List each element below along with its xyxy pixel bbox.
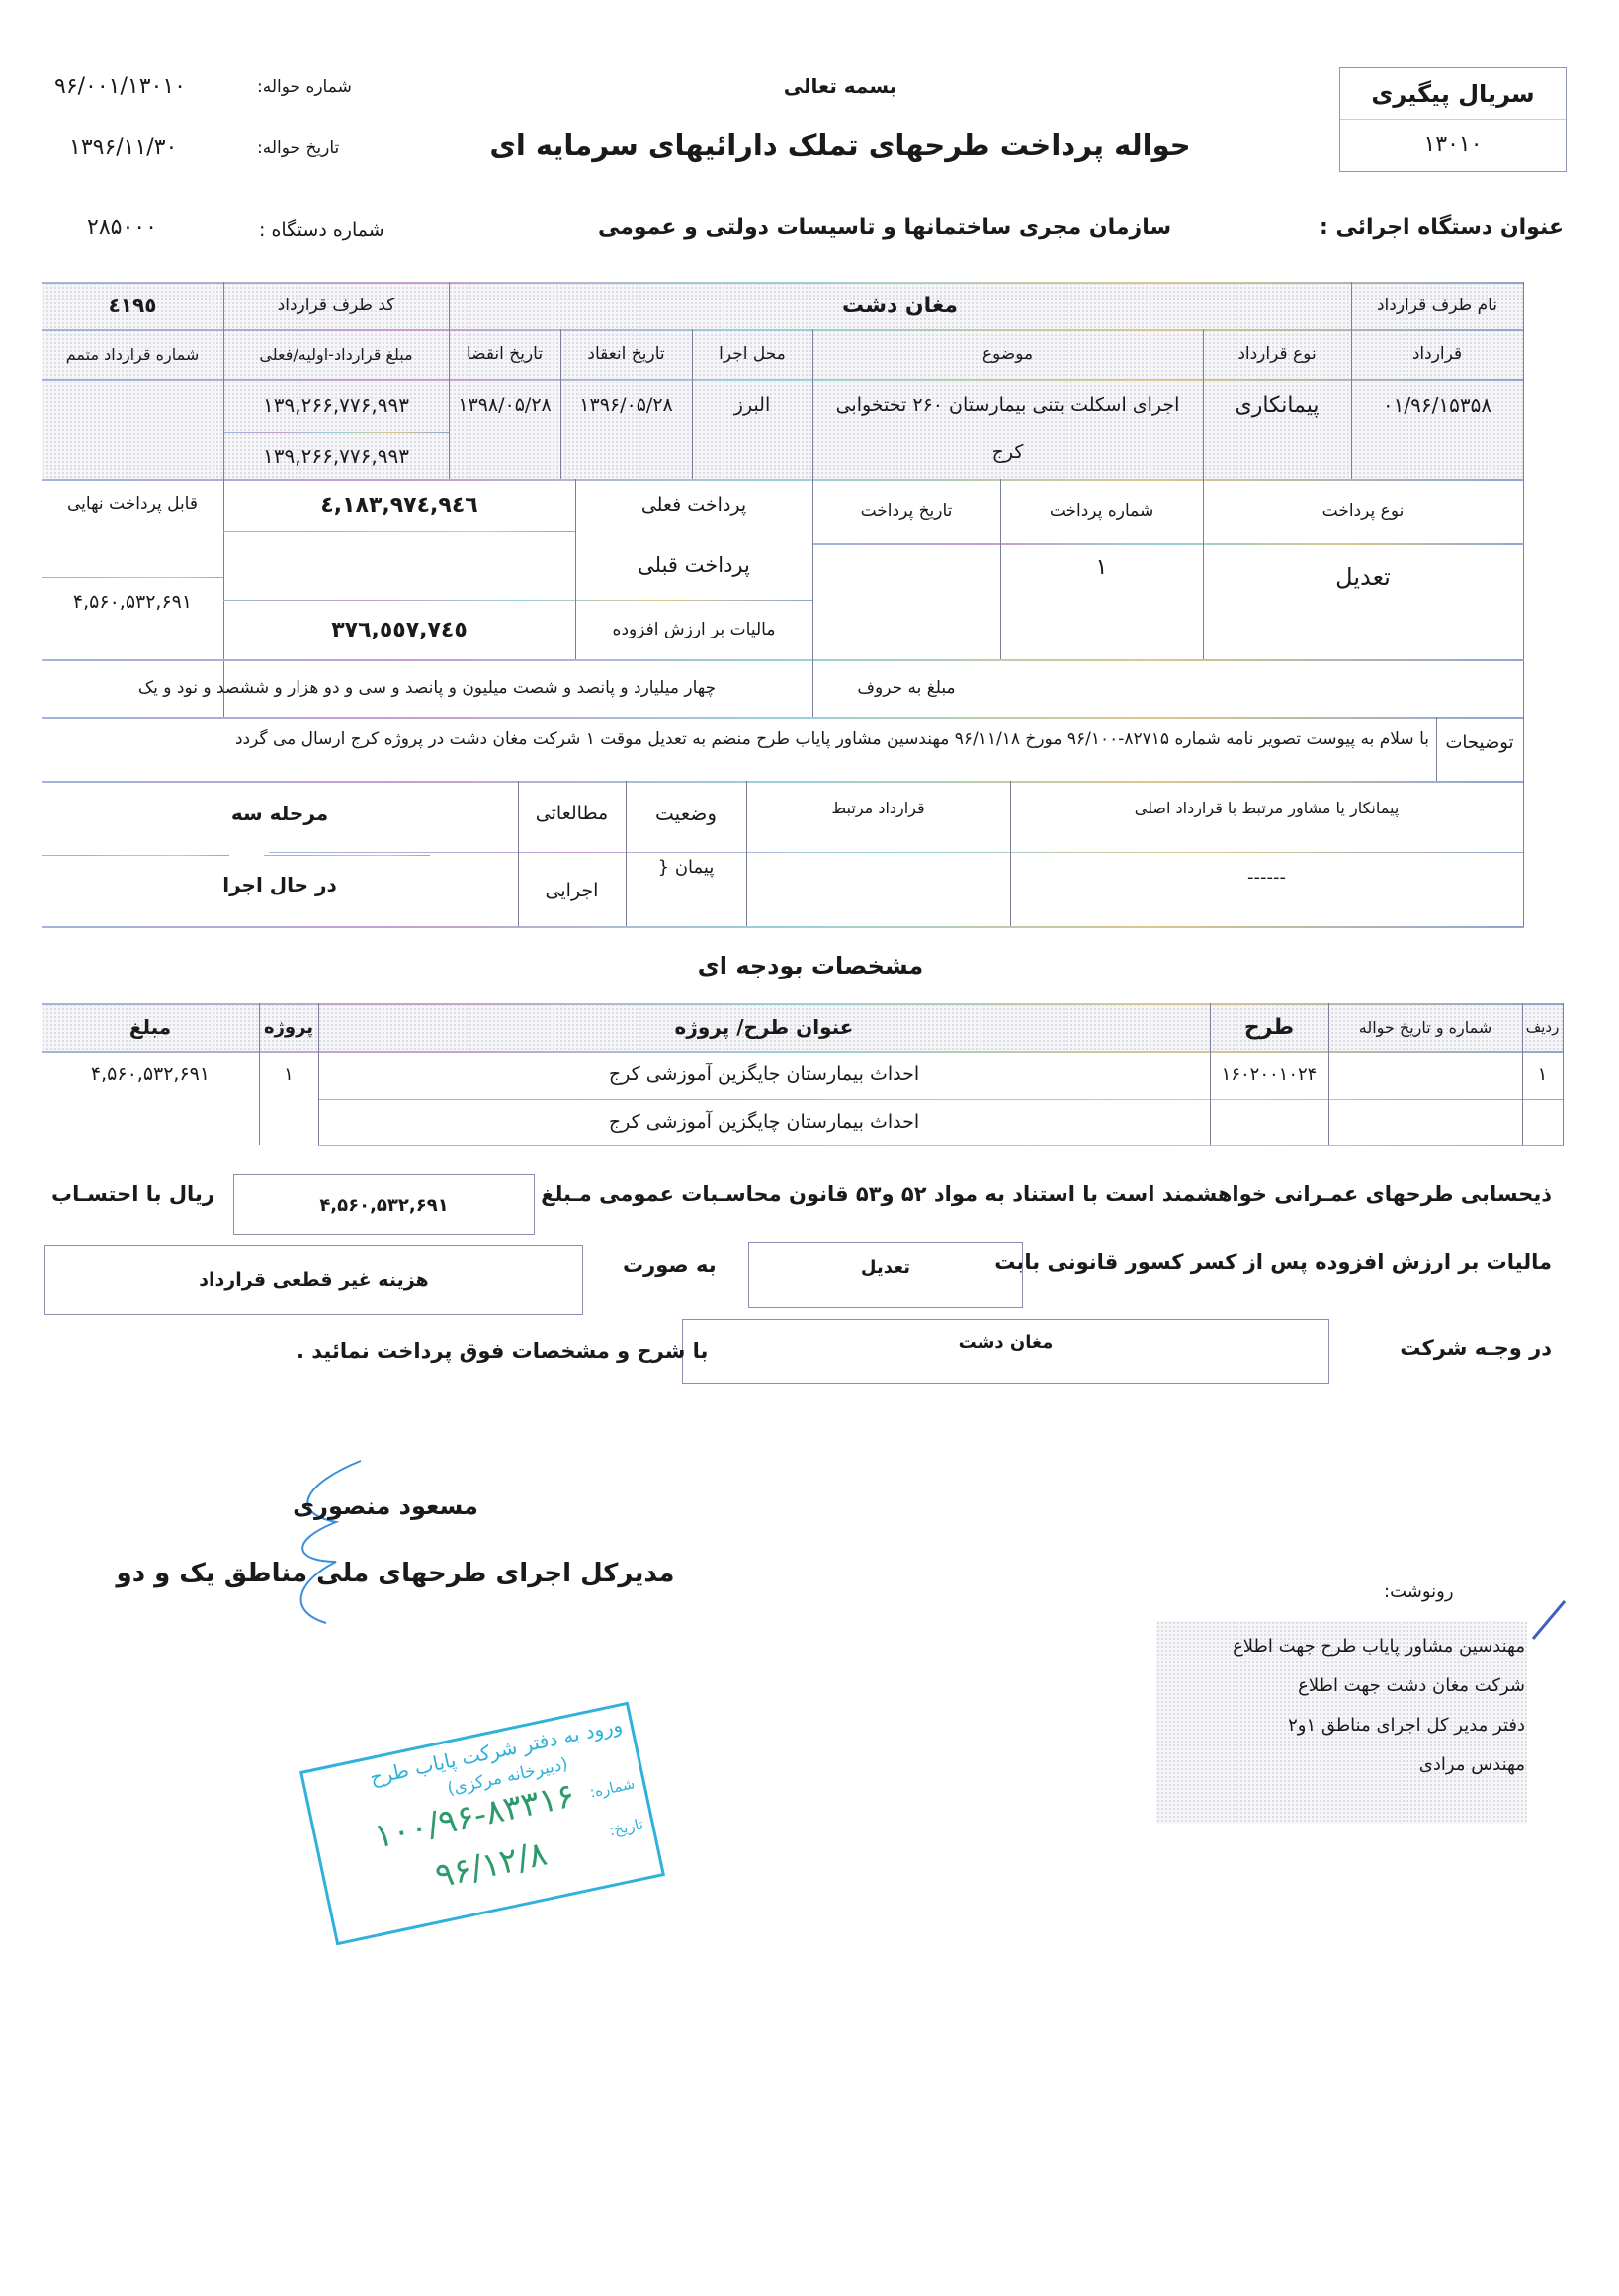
party-code-value: ٤١٩٥ <box>42 282 223 329</box>
signer-position: مدیرکل اجرای طرحهای ملی مناطق یک و دو <box>109 1559 682 1588</box>
instruction-line2: مالیات بر ارزش افزوده پس از کسر کسور قان… <box>1028 1250 1552 1274</box>
contract-amount-initial: ۱۳۹,۲۶۶,۷۷۶,۹۹۳ <box>223 379 449 432</box>
page-title: حواله پرداخت طرحهای تملک دارائیهای سرمای… <box>415 128 1265 162</box>
col-location: محل اجرا <box>692 329 812 379</box>
havale-number-value: ۹۶/۰۰۱/۱۳۰۱۰ <box>54 74 186 99</box>
agency-number-label: شماره دستگاه : <box>259 219 384 241</box>
stamp-date-value: ۹۶/۱۲/۸ <box>432 1834 551 1897</box>
stamp-date-label: تاریخ: <box>608 1815 645 1839</box>
instruction-as: به صورت <box>623 1253 717 1277</box>
col-start-date: تاریخ انعقاد <box>560 329 692 379</box>
contract-location: البرز <box>692 379 812 432</box>
contractor-value: ------ <box>1010 855 1523 899</box>
payment-number-label: شماره پرداخت <box>1000 479 1203 543</box>
notes-label: توضیحات <box>1436 717 1523 768</box>
party-name-value: مغان دشت <box>449 282 1351 329</box>
agency-title-value: سازمان مجری ساختمانها و تاسیسات دولتی و … <box>598 215 1171 240</box>
budget-col-plan: طرح <box>1210 1003 1328 1051</box>
budget-plan-code: ۱۶۰۲۰۰۱۰۲۴ <box>1210 1051 1328 1098</box>
budget-title-line1: احداث بیمارستان جایگزین آموزشی کرج <box>318 1051 1210 1098</box>
contract-start-date: ۱۳۹۶/۰۵/۲۸ <box>560 379 692 432</box>
contract-subject-line1: اجرای اسکلت بتنی بیمارستان ۲۶۰ تختخوابی <box>812 379 1203 432</box>
phase-label: مرحله سه <box>42 791 518 835</box>
budget-col-havale: شماره و تاریخ حواله <box>1328 1003 1522 1051</box>
cc-item: شرکت مغان دشت جهت اطلاع <box>1156 1666 1525 1706</box>
cc-item: مهندسین مشاور پایاب طرح جهت اطلاع <box>1156 1627 1525 1666</box>
cost-type-box: هزینه غیر قطعی قرارداد <box>44 1245 583 1315</box>
signer-name: مسعود منصوری <box>247 1492 524 1520</box>
budget-col-amount: مبلغ <box>42 1003 259 1051</box>
serial-value: ۱۳۰۱۰ <box>1340 120 1566 171</box>
checkmark-icon <box>1527 1599 1567 1644</box>
amount-in-words-value: چهار میلیارد و پانصد و شصت میلیون و پانص… <box>42 659 812 717</box>
study-label: مطالعاتی <box>518 791 626 835</box>
budget-col-title: عنوان طرح/ پروژه <box>318 1003 1210 1051</box>
payment-date-label: تاریخ پرداخت <box>812 479 1000 543</box>
amount-in-words-label: مبلغ به حروف <box>812 659 1000 717</box>
signature-scribble-icon <box>267 1453 385 1631</box>
havale-date-label: تاریخ حواله: <box>257 138 339 158</box>
serial-box: سریال پیگیری ۱۳۰۱۰ <box>1339 67 1567 172</box>
contract-subject-line2: کرج <box>812 432 1203 471</box>
budget-title: مشخصات بودجه ای <box>593 952 1028 979</box>
contract-amount-current: ۱۳۹,۲۶۶,۷۷۶,۹۹۳ <box>223 432 449 479</box>
status-value: پیمان { <box>626 845 746 890</box>
instruction-line3: در وجـه شرکت <box>1364 1336 1552 1360</box>
status-label: وضعیت <box>626 791 746 835</box>
payment-type-label: نوع پرداخت <box>1203 479 1523 543</box>
cc-label: رونوشت: <box>1384 1581 1454 1602</box>
cc-item: مهندس مرادی <box>1156 1745 1525 1785</box>
contract-type: پیمانکاری <box>1203 379 1351 432</box>
havale-number-label: شماره حواله: <box>257 77 352 97</box>
vat-value: ٣٧٦,٥٥٧,٧٤٥ <box>223 600 575 659</box>
cc-item: دفتر مدیر کل اجرای مناطق ۱و۲ <box>1156 1706 1525 1745</box>
adjustment-box: تعدیل <box>748 1242 1023 1308</box>
receipt-stamp: ورود به دفتر شرکت پایاب طرح (دبیرخانه مر… <box>299 1702 665 1946</box>
col-end-date: تاریخ انقضا <box>449 329 560 379</box>
budget-amount: ۴,۵۶۰,۵۳۲,۶۹۱ <box>42 1051 259 1098</box>
agency-title-label: عنوان دستگاه اجرائی : <box>1320 215 1564 240</box>
col-contract: قرارداد <box>1351 329 1523 379</box>
payment-type-value: تعدیل <box>1203 543 1523 612</box>
stamp-number-label: شماره: <box>588 1774 637 1801</box>
col-supplement: شماره قرارداد متمم <box>42 329 223 379</box>
contract-end-date: ۱۳۹۸/۰۵/۲۸ <box>449 379 560 432</box>
exec-label: اجرایی <box>518 868 626 912</box>
col-contract-type: نوع قرارداد <box>1203 329 1351 379</box>
budget-row-number: ۱ <box>1522 1051 1563 1098</box>
related-contract-label: قرارداد مرتبط <box>746 786 1010 830</box>
current-payment-value: ٤,١٨٣,٩٧٤,٩٤٦ <box>223 479 575 531</box>
col-subject: موضوع <box>812 329 1203 379</box>
final-payable-value: ۴,۵۶۰,۵۳۲,۶۹۱ <box>42 577 223 627</box>
havale-date-value: ۱۳۹۶/۱۱/۳۰ <box>69 135 177 160</box>
company-box: مغان دشت <box>682 1319 1329 1384</box>
col-amount: مبلغ قرارداد-اولیه/فعلی <box>223 329 449 379</box>
final-payable-label: قابل پرداخت نهایی <box>42 479 223 529</box>
instruction-line1: ذیحسابی طرحهای عمـرانی خواهشمند است با ا… <box>549 1182 1552 1206</box>
instruction-amount-box: ۴,۵۶۰,۵۳۲,۶۹۱ <box>233 1174 535 1235</box>
contract-number: ۰۱/۹۶/۱۵۳۵۸ <box>1351 379 1523 432</box>
budget-col-row: ردیف <box>1522 1003 1563 1051</box>
previous-payment-label: پرداخت قبلی <box>575 531 812 600</box>
contractor-label: پیمانکار یا مشاور مرتبط با قرارداد اصلی <box>1010 786 1523 830</box>
current-payment-label: پرداخت فعلی <box>575 479 812 531</box>
party-name-label: نام طرف قرارداد <box>1351 282 1523 329</box>
instruction-suffix3: با شرح و مشخصات فوق پرداخت نمائید . <box>297 1339 708 1363</box>
party-code-label: کد طرف قرارداد <box>223 282 449 329</box>
budget-project: ۱ <box>259 1051 318 1098</box>
agency-number-value: ۲۸۵۰۰۰ <box>87 215 157 240</box>
payment-number-value: ۱ <box>1000 543 1203 592</box>
serial-label: سریال پیگیری <box>1340 68 1566 120</box>
budget-title-line2: احداث بیمارستان چایگزین آموزشی کرج <box>318 1099 1210 1145</box>
cc-list: مهندسین مشاور پایاب طرح جهت اطلاع شرکت م… <box>1156 1621 1527 1824</box>
budget-col-project: پروژه <box>259 1003 318 1051</box>
phase-value: در حال اجرا <box>42 860 518 909</box>
vat-label: مالیات بر ارزش افزوده <box>575 600 812 659</box>
basmala: بسمه تعالی <box>642 74 1038 98</box>
instruction-suffix1: ریال با احتسـاب <box>51 1182 214 1206</box>
notes-text: با سلام به پیوست تصویر نامه شماره ۸۲۷۱۵-… <box>36 729 1429 749</box>
